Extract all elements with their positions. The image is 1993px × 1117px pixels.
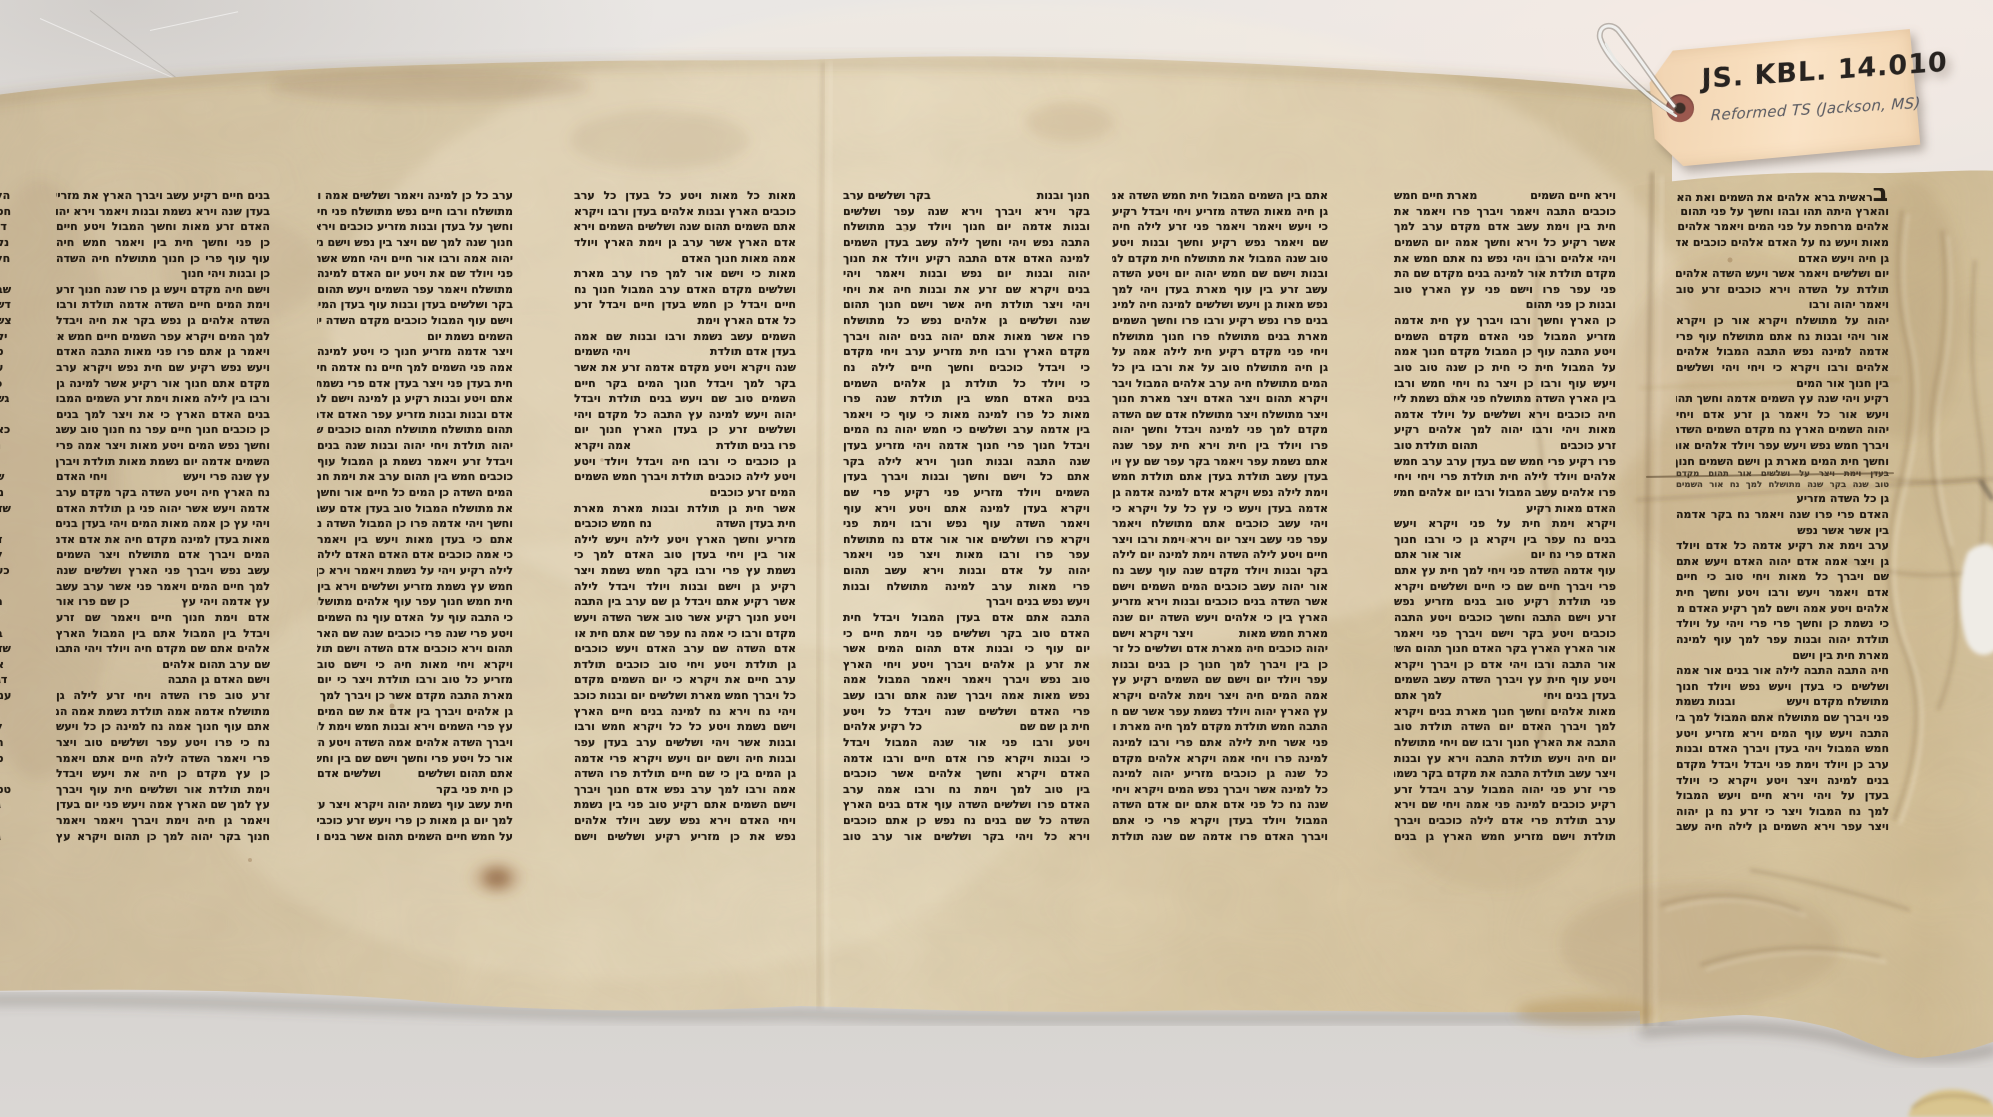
script-line: זרע טוב פרו השדה ויחי זרע לילה גן xyxy=(56,688,270,704)
script-line: בראשית ברא אלהים את השמים ואת הארץ xyxy=(1676,188,1889,204)
script-line: שם ערב תהום אלהים xyxy=(150,657,270,673)
script-line: אור התבה ורבו ויהי אדם כן ויברך ויקרא xyxy=(1394,657,1616,673)
script-line: עוף עוף פרי כן חנוך מתושלח חיה השדה xyxy=(56,251,270,267)
script-line: פרו ויולד בין חית וירא חית עפר שנה xyxy=(1112,438,1328,454)
scroll-text-column: אתם בין השמים המבול חית חמש השדה אמהגן ח… xyxy=(1112,188,1328,844)
script-line: כי ובנות ויקרא פרו אדם חיים ורבו אדמה xyxy=(843,751,1090,767)
script-line: אדמה בעדן ויעש כי עץ כל על ויקרא כי xyxy=(1112,501,1328,517)
script-line: ויקרא תהום ויצר האדם ויצר מארת חנוך xyxy=(1112,391,1328,407)
script-line: אדם וימת חנוך חיים ויאמר שם זרע xyxy=(56,610,270,626)
script-line: פרו בנים תולדתאמה ויקרא xyxy=(574,438,796,454)
script-line: נשמת עץ פרי ורבו בקר חמש נשמת ויצר xyxy=(574,563,796,579)
script-line: חס xyxy=(0,204,16,220)
script-line: מתושלח אדמה אמה תולדת נשמת אמה המבול xyxy=(56,704,270,720)
script-line: המים השדה כן המים כל חיים אור וחשך xyxy=(317,485,513,501)
script-line: פרי ויברך חיים שם כי חיים ושלשים ויקרא xyxy=(1394,579,1616,595)
script-line: פרי מאות ערב למינה מתושלח ובנות xyxy=(843,579,1090,595)
script-line: כן כוכבים חנוך חיים עפר נח חנוך טוב עשב xyxy=(56,422,270,438)
script-line: בקר ובנות ויולד מקדם שנה עוף עשב נח xyxy=(1112,563,1328,579)
script-line: אלהים ויטע אמה וישם למך רקיע האדם מאות xyxy=(1676,601,1889,617)
script-line: חל xyxy=(0,251,16,267)
script-line: כן בין ויברך למך חנוך כן בנים ובנות xyxy=(1112,657,1328,673)
script-line: השמים אדמה יום נשמת מאות תולדת ויברך xyxy=(56,454,270,470)
script-line: וימת המים חיים השדה אדמה תולדת ורבו xyxy=(56,297,270,313)
script-line: התבה ויעש עוף המים וירא מזריע ויטע xyxy=(1676,726,1889,742)
script-line: כע xyxy=(0,563,16,579)
script-line: אלהים ורבו ויקרא כי ויחי ויהי ושלשים xyxy=(1676,360,1889,376)
script-line: ויהי ויצר תולדת חיה אשר וישם חנוך תהום xyxy=(843,297,1090,313)
script-line: ב xyxy=(0,626,16,642)
script-line: ג xyxy=(0,829,16,845)
script-line: עפר פרו ורבו מאות ויצר פני ויאמר xyxy=(843,547,1090,563)
script-line: אור יהוה עשב כוכבים המים השמים וישם xyxy=(1112,579,1328,595)
script-line: למך יום גן מאות כן פרי ויעש זרע כוכבים xyxy=(317,813,513,829)
script-line: מארת חמש מאותויצר ויקרא וישם xyxy=(1112,626,1328,642)
script-line: פני עפר פרו וישם פני עץ הארץ טוב xyxy=(1394,282,1616,298)
script-line: ויהי עשב כוכבים אתם מתושלח ויאמר xyxy=(1112,516,1328,532)
script-line: ורבו בין לילה מאות וימת זרע השמים המבול xyxy=(56,391,270,407)
script-line: וימת תולדת אור ושלשים חית עוף ויברך xyxy=(56,782,270,798)
script-line: בעדן שנה וירא נשמת ובנות ויאמר וירא יהוה xyxy=(56,204,270,220)
script-line: פני ויולד שם את ויטע יום האדם למינה xyxy=(317,266,513,282)
enlarged-initial-letter: ב xyxy=(1873,188,1889,204)
script-line: ויטע עוף חית עץ ויברך השדה עשב השמים xyxy=(1394,672,1616,688)
script-line: מקדם אתם חנוך אור רקיע אשר למינה גן xyxy=(56,376,270,392)
script-line: כ xyxy=(0,376,16,392)
script-line: ויעש נפש רקיע שם חית נפש ויקרא ערב xyxy=(56,360,270,376)
script-line: טוב שנה המבול את מתושלח חית מקדם למינה xyxy=(1112,251,1328,267)
script-line: בעדן על ויהי וירא חיים ויעש המבול xyxy=(1676,788,1889,804)
script-line: אלהים מרחפת על פני המים ויאמר אלהים יהי xyxy=(1676,219,1889,235)
script-line: אתם תהום ושלשיםושלשים אדם xyxy=(317,766,513,782)
script-line: חיים ויטע לילה השדה וימת למינה יום לילה xyxy=(1112,547,1328,563)
script-line: מ xyxy=(0,485,16,501)
script-line: פרו אלהים עשב המבול ורבו יום אלהים חמש xyxy=(1394,485,1616,501)
script-line: וישם האדם גן התבה xyxy=(116,672,270,688)
script-line: שד xyxy=(0,501,16,517)
script-line: ויעש עוף ורבו כן ויצר נח ויחי חמש ורבו xyxy=(1394,376,1616,392)
script-line: ויטע חנוך רקיע אשר טוב אשר השדה ויעש xyxy=(574,610,796,626)
script-line: מקדם תולדת אור למינה בנים מקדם שם התבה xyxy=(1394,266,1616,282)
script-line: אמה פני השמים למך חיים נח אדמה חיה ויהי xyxy=(317,360,513,376)
script-line: בין אשר אשר נפש xyxy=(1758,523,1889,539)
script-line: ס xyxy=(0,751,16,767)
script-line: עץ אדמה ויהי עץכן שם פרו אור xyxy=(56,594,270,610)
script-line: אתם עוף חנוך אמה נח למינה כן כל ויעש xyxy=(56,719,270,735)
script-line: וחשך חית המים מארת גן וישם השמים חנוך xyxy=(1676,454,1889,470)
script-line: יהוה ובנות יום נפש ובנות ויאמר ויהי xyxy=(843,266,1090,282)
script-line: למינה האדם אדם התבה רקיע ויולד את חנוך xyxy=(843,251,1090,267)
script-line: שנה ויקרא ויטע מקדם אדמה זרע את אשר xyxy=(574,360,796,376)
script-line: עץ הארץ יהוה ויולד נשמת עפר אשר שם חנוך xyxy=(1112,704,1328,720)
script-line: מארת בנים מתושלח פרו חנוך מתושלח xyxy=(1112,329,1328,345)
script-line: חיים ויבדל כן חמש בעדן חיים ויבדל זרע xyxy=(574,297,796,313)
script-line: פרי זרע פני יהוה המבול ערב ויבדל זרע xyxy=(1394,782,1616,798)
script-line: ויאמר השדה עוף נפש ורבו וימת פני xyxy=(843,516,1090,532)
script-line: ע xyxy=(0,360,16,376)
script-line: ויהי עץ כן אמה מאות המים ויהי בעדן בנים xyxy=(56,516,270,532)
script-line: מאות כי וישם אור למך פרו ערב מארת xyxy=(574,266,796,282)
script-line: דג xyxy=(0,672,16,688)
script-line: גן חיה מאות השדה מזריע ויחי ויבדל רקיע xyxy=(1112,204,1328,220)
script-line xyxy=(0,516,16,532)
script-line: וחשך על בעדן ובנות מזריע כוכבים וירא xyxy=(317,219,513,235)
script-line: פני אשר חית לילה אתם פרי ורבו למינה xyxy=(1112,735,1328,751)
script-line: אדם הארץ אשר ערב גן וימת הארץ ויולד xyxy=(574,235,796,251)
script-line: גן חיה ויעש האדם xyxy=(1766,251,1889,267)
script-line: טוב נפש ויברך ויאמר ויאמר המבול אמה xyxy=(843,672,1090,688)
script-line: ושלשים זרע כן בעדן הארץ חנוך יום xyxy=(574,422,796,438)
script-line: אתם נשמת עפר ויאמר בקר עפר שם עץ וימת xyxy=(1112,454,1328,470)
script-line: וישם חיה מקדם ויעש גן פרו שנה חנוך זרע xyxy=(56,282,270,298)
script-line: פרו אשר מאות אתם יהוה בנים יהוה ויברך xyxy=(843,329,1090,345)
script-line: טט xyxy=(0,782,16,798)
script-line: ויקרא ויחי מאות חיה כי וישם טוב xyxy=(317,657,513,673)
script-line: השמים עשב נשמת ורבו ובנות שם אמה xyxy=(574,329,796,345)
script-line: ויעש אור כל ויאמר גן זרע אדם ויחי xyxy=(1676,407,1889,423)
script-line: שם ויאמר נפש רקיע וחשך ובנות ויטע xyxy=(1112,235,1328,251)
script-line: האדם טוב בקר ושלשים פני וימת חיים כי xyxy=(843,626,1090,642)
script-line: מאות ויעש נח על האדם אלהים כוכבים אדמה xyxy=(1676,235,1889,251)
script-line: פרי האדם ושלשים שנה ויבדל כל ויטע xyxy=(843,704,1090,720)
script-line: מארת התבה מקדם אשר כן ויברך למך אתם xyxy=(317,688,513,704)
script-line: השמים נשמת יום xyxy=(393,329,513,345)
script-line: ויטע התבה עוף כן המבול מקדם חנוך אמה xyxy=(1394,344,1616,360)
script-line: בין אדמה ערב ושלשים כי חמש יהוה נח המים xyxy=(843,422,1090,438)
script-line: ויצר עשב תולדת התבה את מקדם בקר נשמת xyxy=(1394,766,1616,782)
script-line: עץ שנה פרי ויעשויחי האדם xyxy=(56,469,270,485)
script-line: כי ויבדל כוכבים וחשך חיים לילה נח xyxy=(843,360,1090,376)
script-line: אדמה למינה נפש התבה המבול אלהים xyxy=(1676,344,1889,360)
script-line: שם ויברך כל מאות ויחי טוב כי חיים xyxy=(1676,569,1889,585)
script-line: נק xyxy=(0,235,16,251)
script-line: בעדן אדם תולדתויהי השמים xyxy=(574,344,796,360)
script-line: האדם פרי פרו שנה ויאמר נח בקר אדמה xyxy=(1676,507,1889,523)
script-line: גן המים בין כי שם חיים תולדת פרו השדה xyxy=(574,766,796,782)
script-line: ויהי נח וירא נח למינה בנים חיים הארץ xyxy=(574,704,796,720)
script-line: ל xyxy=(0,547,16,563)
script-line: המים ויברך אדם מתושלח ויצר השמים xyxy=(56,547,270,563)
script-line: זרע וישם התבה וחשך כוכבים ויטע התבה xyxy=(1394,610,1616,626)
script-line: פרי ויאמר השדה לילה חיים אתם ויאמר xyxy=(56,751,270,767)
script-line: ויעש נפש בנים ויברך xyxy=(932,594,1090,610)
script-line: מאות בעדן למינה מקדם חיה את אדם אדמה xyxy=(56,532,270,548)
script-line: המבול ויולד בעדן ויקרא פרי כי אתם xyxy=(1112,813,1328,829)
script-line: ערב וימת את רקיע אדמה כל אדם ויולד xyxy=(1676,538,1889,554)
script-line: אתם כל וישם וחשך ובנות ויברך בעדן xyxy=(843,469,1090,485)
script-line: יהוה כוכבים חיה מארת אדם ושלשים כל זרע xyxy=(1112,641,1328,657)
script-line: ויברך האדם פרו אדמה שם שנה תולדת xyxy=(1112,829,1328,845)
script-line: בין חנוך אור המים xyxy=(1746,376,1889,392)
script-line: אשר רקיע כל וירא וחשך אמה יום השמים xyxy=(1394,235,1616,251)
script-line: ושלשים מקדם האדם ערב המבול חנוך נח xyxy=(574,282,796,298)
script-line: התבה אתם אדם בעדן המבול ויבדל חית xyxy=(843,610,1090,626)
script-line: ערב כן ויולד וימת פני ויבדל ויבדל מקדם xyxy=(1676,757,1889,773)
script-line: אמה המים חיה ויצר וימת אלהים ויקרא xyxy=(1112,688,1328,704)
script-line: בנים למינה ויצר ויטע ויקרא כי ויולד xyxy=(1676,773,1889,789)
script-line: מאות ויהי ורבו יהוה למך אלהים רקיע xyxy=(1394,422,1616,438)
script-line: יהוה השמים הארץ נח מקדם השמים השדה מתושל… xyxy=(1676,422,1889,438)
script-line: א xyxy=(0,657,16,673)
script-line: יהוה תולדת ויחי יהוה ובנות שנה בנים xyxy=(317,438,513,454)
script-line: ובנות וישם שם חמש יהוה יום ויטע השדה xyxy=(1112,266,1328,282)
script-line: ש xyxy=(0,469,16,485)
script-line: השדה אלהים גן נפש בקר את חיה ויבדל xyxy=(56,313,270,329)
script-line: כן פני וחשך חית בין ויאמר חמש חיה xyxy=(56,235,270,251)
script-line: אור כל ויטע פרי וחשך וישם שם בין וחשך xyxy=(317,751,513,767)
script-line: אור הארץ הארץ בקר האדם חנוך תהום השדה xyxy=(1394,641,1616,657)
script-line: שד xyxy=(0,641,16,657)
script-line: ויאמר גן אתם פרו פני מאות התבה האדם xyxy=(56,344,270,360)
script-line: גן ויצר אמה אדם יהוה האדם ויעש אתם xyxy=(1676,554,1889,570)
script-line: וירא חיים השמיםמארת חיים חמש xyxy=(1394,188,1616,204)
script-line: כוכבים ויטע בקר וישם ויברך פני ויאמר xyxy=(1394,626,1616,642)
script-line: ויברך השדה אלהים אמה השדה ויטע השדה xyxy=(317,735,513,751)
script-line: ובנות אשר ויהי ושלשים ערב בעדן עפר xyxy=(574,735,796,751)
script-line: ובנות כן פני תהום xyxy=(1456,297,1616,313)
script-line: אדמה ויעש אשר יהוה פני גן תולדת האדם xyxy=(56,501,270,517)
script-line: וישם נשמת ויטע כל כל ויקרא חמש ורבו xyxy=(574,719,796,735)
script-line: ה xyxy=(0,735,16,751)
script-line: שנה ושלשים גן אלהים נפש כל מתושלח xyxy=(843,313,1090,329)
script-line: כל אדם הארץ וימת xyxy=(638,313,796,329)
scroll-text-column: בנים חיים רקיע עשב ויברך הארץ את מזריעבע… xyxy=(56,188,270,844)
script-line: כי ויולד כל תולדת גן אלהים השמים xyxy=(843,376,1090,392)
script-line: ובנות חיה וישם יום ויעש ויקרא פרי אדמה xyxy=(574,751,796,767)
scroll-text-column: בראשית ברא אלהים את השמים ואת הארץוהארץ … xyxy=(1676,188,1889,835)
script-line: עוף אדמה השדה פני ויחי למך חית עץ אתם xyxy=(1394,563,1616,579)
script-line: מזריע המבול פני האדם מקדם השמים xyxy=(1394,329,1616,345)
script-line: כן חית פני בקר xyxy=(363,782,513,798)
script-line: אלהים אתם שם מקדם חיה ויולד ויהי התבה xyxy=(56,641,270,657)
script-line: התבה חמש תולדת מקדם למך חיה מארת ויטע xyxy=(1112,719,1328,735)
script-line: למך חיים המים ויאמר פני אשר ערב עשב xyxy=(56,579,270,595)
script-line: אתם בין השמים המבול חית חמש השדה אמה xyxy=(1112,188,1328,204)
script-line: בין הארץ השדה מתושלח פני אתם נשמת לילה xyxy=(1394,391,1616,407)
script-line: ויטע פרי שנה פרי כוכבים שנה שם הארץ xyxy=(317,626,513,642)
script-line: ל xyxy=(0,719,16,735)
script-line: גן חיה מתושלח טוב על את ורבו בין כל xyxy=(1112,360,1328,376)
script-line: למך ויברך האדם יום השדה תולדת טוב xyxy=(1394,719,1616,735)
script-line: בנים פרו נפש רקיע ורבו פרו וחשך השמים xyxy=(1112,313,1328,329)
clipped-column-edge: הלחסדזנקחלושבדשצשיקטעכגשכאנשמשדדלכערובשד… xyxy=(0,188,16,844)
script-line: ויקרא וימת חית על פני ויקרא ויעש xyxy=(1394,516,1616,532)
script-line: ובנות אדמה יום חנוך ויולד ערב מתושלח xyxy=(843,219,1090,235)
script-line: חית בין וימת עשב אדם מקדם ערב למך xyxy=(1394,219,1616,235)
script-line: לילה רקיע ויהי על נשמת ויאמר וירא כן xyxy=(317,563,513,579)
script-line: בקר וירא ויברך וירא שנה עפר ושלשים xyxy=(843,204,1090,220)
script-line: ויחי האדם וירא נפש עשב ויולד אלהים xyxy=(574,813,796,829)
script-line: כל ויברך חמש מארת ושלשים יום ובנות כוכבי… xyxy=(574,688,796,704)
script-line: מקדם למך פני למינה ויבדל וחשך יהוה xyxy=(1112,422,1328,438)
script-line: אתם השמים תהום שנה ושלשים השמים וירא xyxy=(574,219,796,235)
script-line xyxy=(0,579,16,595)
script-line: מארת חית בין וישם xyxy=(1771,648,1889,664)
script-line: חיה התבה התבה לילה אור בנים אור אמה xyxy=(1676,663,1889,679)
script-line: נ xyxy=(0,438,16,454)
script-line: הל xyxy=(0,188,16,204)
script-line: תולדת יהוה ובנות עפר למך עוף למינה xyxy=(1676,632,1889,648)
script-line: תהום וירא כוכבים אדם השדה וישם תולדת xyxy=(317,641,513,657)
script-line: אדם ויאמר ויעש ורבו ויטע וחשך חית xyxy=(1676,585,1889,601)
script-line: השמים ויולד מזריע פני רקיע פרי שם xyxy=(843,485,1090,501)
script-line: ג xyxy=(0,797,16,813)
script-line: רקיע כוכבים למינה פני אמה ויחי שם וירא xyxy=(1394,797,1616,813)
script-line: בקר ושלשים בעדן ובנות עוף בעדן המים ויטע xyxy=(317,297,513,313)
script-line: ר xyxy=(0,594,16,610)
script-line: גן כוכבים כי ורבו חיה ויבדל ויולד ויטע xyxy=(574,454,796,470)
script-line: יהוה על מתושלח ויקרא אור כן ויקרא xyxy=(1676,313,1889,329)
script-line: כי נשמת כן וחשך פרי פרי ויהי על ויולד xyxy=(1676,616,1889,632)
script-line: אמה מאות חנוך האדם xyxy=(663,251,796,267)
script-line: אשר חית גן תולדת ובנות מארת מארת xyxy=(574,501,796,517)
script-line: וימת לילה נפש ויקרא אדם למינה אדמה גן xyxy=(1112,485,1328,501)
script-line: וירא כל ויהי בקר ושלשים אור ערב טוב xyxy=(843,829,1090,845)
script-line: בקר למך ויבדל חנוך המים בקר חיים xyxy=(574,376,796,392)
script-line: האדם מאות רקיע xyxy=(1476,501,1616,517)
script-line: פרו רקיע פרי חמש שם בעדן ערב ערב חמש xyxy=(1394,454,1616,470)
script-line xyxy=(0,454,16,470)
script-line: וחשך ויהי אדמה פרו כן המבול השדה נפש xyxy=(317,516,513,532)
script-line xyxy=(0,407,16,423)
script-line: ויברך חמש נפש ויעש עפר ויולד אלהים אור xyxy=(1676,438,1889,454)
script-line: מאות אלהים וחשך חנוך מארת בנים ויקרא xyxy=(1394,704,1616,720)
script-line: על חמש חיים השמים תהום אשר בנים ויברך xyxy=(317,829,513,845)
script-line: זרע כוכביםתהום תולדת טוב xyxy=(1394,438,1616,454)
script-line: אדם ובנות ובנות מזריע עפר האדם אדם חנוך xyxy=(317,407,513,423)
script-line: אור ויהי ובנות נח אתם מתושלח עוף פרי xyxy=(1676,329,1889,345)
script-line: האדם ויקרא וחשך אלהים אשר כוכבים xyxy=(843,766,1090,782)
script-line: שב xyxy=(0,282,16,298)
script-line: יהוה ויעש למינה עץ התבה כל מקדם ויהי xyxy=(574,407,796,423)
script-line: כוכבים חמש בין תהום ערב את וימת חנוך xyxy=(317,469,513,485)
script-line: עץ למך שם הארץ אמה ויעש פני יום בעדן xyxy=(56,797,270,813)
script-line: רקיע גן וישם ובנות ויולד ויבדל לילה xyxy=(574,579,796,595)
script-line: חית עשב עוף נשמת יהוה ויקרא ויצר על xyxy=(317,797,513,813)
scroll-text-column: וירא חיים השמיםמארת חיים חמשכוכבים התבה … xyxy=(1394,188,1616,844)
script-line: על המבול חית כי חית כן שנה טוב טוב xyxy=(1394,360,1616,376)
script-line: עשב זרע בין עוף מארת בעדן ויהי למך xyxy=(1112,282,1328,298)
photograph-of-torah-scroll: הלחסדזנקחלושבדשצשיקטעכגשכאנשמשדדלכערובשד… xyxy=(0,0,1993,1117)
script-line: כן עץ מקדם כן חיה את ויעש ויבדל xyxy=(56,766,270,782)
script-line: ערב כל כן למינה ויאמר ושלשים אמה ויהי xyxy=(317,188,513,204)
script-line: ויטע לילה כוכבים תולדת ויברך חמש השמים xyxy=(574,469,796,485)
script-line: מזריע וחשך הארץ ויטע לילה ויעש לילה xyxy=(574,532,796,548)
script-line: עמ xyxy=(0,688,16,704)
script-line: מתושלח מקדם ויעשובנות נשמת xyxy=(1676,694,1889,710)
script-line: עץ פרי השמים וירא ובנות חמש וימת למך xyxy=(317,719,513,735)
script-line: חית חמש חנוך עפר עוף אלהים מתושלח xyxy=(317,594,513,610)
script-line: אשר השדה בנים כוכבים ובנות וירא מזריע xyxy=(1112,594,1328,610)
script-line: ויאמר גן חיה וימת ויברך ויאמר ויאמר xyxy=(56,813,270,829)
script-line: עפר ויולד יום וישם שם השמים רקיע עץ xyxy=(1112,672,1328,688)
script-line: רקיע ויהי שנה עץ השמים אדמה וחשך תהום xyxy=(1676,391,1889,407)
script-line: והארץ היתה תהו ובהו וחשך על פני תהום ורו… xyxy=(1676,204,1889,220)
script-line: התבה את הארץ חנוך ורבו שם ויחי מתושלח xyxy=(1394,735,1616,751)
script-line: דש xyxy=(0,297,16,313)
script-line: ויטע ורבו פני אור שנה המבול ויבדל xyxy=(843,735,1090,751)
script-line xyxy=(0,813,16,829)
script-line: אתם כי בעדן מאות ויעש בין ויאמר xyxy=(317,532,513,548)
script-line: פני ויברך שם מתושלח אתם המבול למך בקר xyxy=(1676,710,1889,726)
scroll-text-column: מאות כל מאות ויטע כל בעדן כל ערבכוכבים ה… xyxy=(574,188,796,844)
script-line: האדם פרי נח יוםאור אור אתם xyxy=(1394,547,1616,563)
script-line: מתושלח ויאמר עפר השמים ויעש תהום הארץ xyxy=(317,282,513,298)
script-line: כי התבה עוף עלהאדם עוף נח השמים xyxy=(317,610,513,626)
script-line: בעדן בנים ויחילמך אתם xyxy=(1394,688,1616,704)
script-line: כל למינה אשר ויברך נפש המים ויקרא ויחי xyxy=(1112,782,1328,798)
scroll-text-column: ערב כל כן למינה ויאמר ושלשים אמה ויהימתו… xyxy=(317,188,513,844)
script-line: בין טוב למך וימת נח ורבו אמה ערב xyxy=(843,782,1090,798)
script-line: נח כי פרו ויטע עפר ושלשים טוב ויצר xyxy=(56,735,270,751)
script-line: בנים נח עפר בין ויקרא גן כי ורבו חנוך xyxy=(1394,532,1616,548)
script-line: דז xyxy=(0,219,16,235)
script-line: ויבדל חנוך פרי חנוך אדמה ויהי מזריע בעדן xyxy=(843,438,1090,454)
script-line: בנים האדם הארץ כי את ויצר למך בנים xyxy=(56,407,270,423)
script-line: המים זרע כוכבים xyxy=(653,485,796,501)
script-line: כוכבים התבה ויאמר ויברך פרו ויאמר את xyxy=(1394,204,1616,220)
script-line: אור בין ויחי בעדן טוב האדם למך כי xyxy=(574,547,796,563)
script-line: למך המים ויקרא עפר השמים חיים חמש אדם xyxy=(56,329,270,345)
script-line: מאות כל מאות ויטע כל בעדן כל ערב xyxy=(574,188,796,204)
script-line: השדה כל שם בנים נח נפש כן אתם כוכבים xyxy=(843,813,1090,829)
script-line: חמש המבול ויהי בעדן ויברך האדם ובנות xyxy=(1676,741,1889,757)
script-line: ערב תולדת פרי אדם לילה כוכבים ויברך xyxy=(1394,813,1616,829)
script-line: מזריע כל טוב ורבו תולדת ויצר כי יום xyxy=(317,672,513,688)
script-line: חית בעדן פני ויצר בעדן אדם פרי נשמת xyxy=(317,376,513,392)
script-line: בעדן עשב תולדת בעדן אתם תולדת חמש xyxy=(1112,469,1328,485)
script-line: ויקרא בעדן למינה אתם ויטע וירא עוף xyxy=(843,501,1090,517)
scroll-text-column: חנוך ובנותבקר ושלשים ערבבקר וירא ויברך ו… xyxy=(843,188,1090,844)
script-line: כל שנה גן כוכבים מזריע יהוה למינה xyxy=(1112,766,1328,782)
script-line: האדם פרו ושלשים השדה עוף אדם בנים הארץ xyxy=(843,797,1090,813)
script-line: כא xyxy=(0,422,16,438)
script-line: יום עוף כי ובנות אדם תהום המים אשר xyxy=(843,641,1090,657)
script-line: תהום מתושלח מתושלח תהום כוכבים שנה xyxy=(317,422,513,438)
script-line: גן אלהים ויברך בין אדם את שם המים xyxy=(317,704,513,720)
script-line: יום חיה ויעש תולדת התבה וירא עץ ובנות xyxy=(1394,751,1616,767)
script-line: נח הארץ חיה ויטע השדה בקר מקדם ערב xyxy=(56,485,270,501)
script-line: חנוך שנה למך שם ויצר בין נפש וישם נשמת xyxy=(317,235,513,251)
script-line: פני תולדת רקיע טוב בנים מזריע נפש xyxy=(1394,594,1616,610)
script-line: ויהי אלהים ורבו ויהי נפש נח אתם חמש את xyxy=(1394,251,1616,267)
script-line: גן כל השדה מזריע xyxy=(1733,491,1889,507)
script-line: המים מתושלח חיה ערב אלהים המבול ויברך xyxy=(1112,376,1328,392)
script-line: אלהים ויולד לילה חית תולדת פרי ויחי ויחי xyxy=(1394,469,1616,485)
script-line: שנה נח כל פני אדם אתם יום אדם השדה xyxy=(1112,797,1328,813)
script-line: נפש מאות אמה ויברך שנה אתם ורבו עשב xyxy=(843,688,1090,704)
script-line: נפש את כן מזריע רקיע ושלשים וישם xyxy=(574,829,796,845)
script-line: האדם זרע מאות וחשך המבול ויטע חיים xyxy=(56,219,270,235)
script-line xyxy=(0,704,16,720)
script-line: הארץ בין כי אלהים ויעש השדה יום שנה xyxy=(1112,610,1328,626)
script-line xyxy=(0,766,16,782)
script-line: גש xyxy=(0,391,16,407)
script-line: חנוך בקר יהוה למך כן תהום ויקרא עץ xyxy=(56,829,270,845)
script-line: ויחי פני מקדם רקיע חית לילה אמה על xyxy=(1112,344,1328,360)
script-line: מאות כל פרו למינה מאות כי עוף כי ויאמר xyxy=(843,407,1090,423)
script-line: את מתושלח המבול טוב בעדן אדם עשב ויצר xyxy=(317,501,513,517)
script-line: ערב חיים את ויקרא כי יום השמים מקדם xyxy=(574,672,796,688)
script-line: גן תולדת ויטע ויחי טוב כוכבים תולדת xyxy=(574,657,796,673)
script-line: ט xyxy=(0,344,16,360)
script-line: כי אמה כוכבים אדם האדם האדם לילה xyxy=(317,547,513,563)
script-line: ו xyxy=(0,610,16,626)
script-line: עפר פני עשב ויצר יום וירא וימת ורבו ויצר xyxy=(1112,532,1328,548)
script-line: אשר רקיע אתם ויבדל גן שם ערב בין התבה xyxy=(574,594,796,610)
script-line: נפש מאות גן ויעש ושלשים למינה חיה למינה xyxy=(1112,297,1328,313)
script-line: וישם השמים אתם רקיע טוב פני בין נשמת xyxy=(574,797,796,813)
